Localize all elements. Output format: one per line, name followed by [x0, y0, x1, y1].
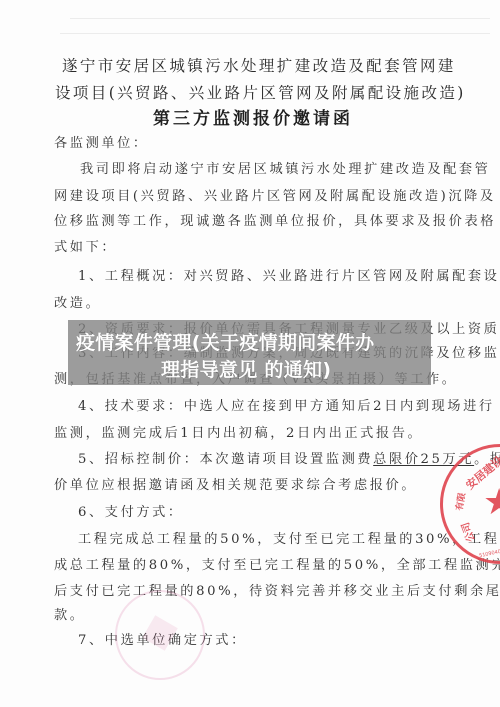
seal-text-bottom: 公司: [457, 521, 478, 545]
title-overlay-banner: 疫情案件管理(关于疫情期间案件办 理指导意见 的通知): [68, 320, 431, 385]
intro-line: 我司即将启动遂宁市安居区城镇污水处理扩建改造及配套管: [80, 162, 490, 178]
scan-artifact-line: [60, 33, 490, 34]
section-6-line: 款。: [54, 608, 86, 624]
document-title-line-1: 遂宁市安居区城镇污水处理扩建改造及配套管网建: [62, 57, 456, 75]
faint-stamp-bleedthrough: [115, 590, 205, 680]
section-6-heading: 6、支付方式：: [78, 505, 184, 521]
seal-code: 5109040: [479, 549, 500, 560]
section-4-line: 监测，监测完成后1日内出初稿，2日内出正式报告。: [54, 426, 423, 442]
seal-star-icon: ★: [483, 485, 500, 521]
scan-artifact-line: [70, 18, 490, 19]
document-title-line-2: 设项目(兴贸路、兴业路片区管网及附属配设施改造): [55, 84, 466, 102]
section-5-line-2: 价单位应根据邀请函及相关规范要求综合考虑报价。: [54, 478, 417, 494]
section-5-prefix: 5、招标控制价：本次邀请项目设置监测费: [78, 452, 373, 467]
section-1-line: 改造。: [54, 296, 101, 312]
faint-stamp-mark: [142, 615, 178, 651]
section-5-line-1: 5、招标控制价：本次邀请项目设置监测费总限价25万元。报: [78, 452, 500, 468]
intro-line: 网建设项目(兴贸路、兴业路片区管网及附属配设施改造)沉降及: [54, 189, 496, 205]
section-6-line: 成总工程量的80%，支付至已完工程量的50%，全部工程监测完成: [54, 558, 500, 574]
intro-line: 式如下：: [54, 240, 117, 256]
overlay-title-line-1: 疫情案件管理(关于疫情期间案件办: [76, 328, 374, 355]
section-1-line: 1、工程概况：对兴贸路、兴业路进行片区管网及附属配套设施: [78, 269, 500, 285]
seal-text-side: 有限: [452, 492, 468, 512]
overlay-title-line-2: 理指导意见 的通知): [161, 355, 331, 382]
section-6-line: 后支付已完工程量的80%，待资料完善并移交业主后支付剩余尾: [54, 584, 500, 600]
salutation: 各监测单位：: [54, 136, 149, 152]
document-page: 遂宁市安居区城镇污水处理扩建改造及配套管网建 设项目(兴贸路、兴业路片区管网及附…: [0, 0, 500, 707]
intro-line: 位移监测等工作，现诚邀各监测单位报价，具体要求及报价表格: [54, 214, 496, 230]
section-6-line: 工程完成总工程量的50%，支付至已完工程量的30%，工程完: [78, 532, 500, 548]
document-title-main: 第三方监测报价邀请函: [153, 110, 353, 128]
section-4-line: 4、技术要求：中选人应在接到甲方通知后2日内到现场进行: [78, 399, 495, 415]
